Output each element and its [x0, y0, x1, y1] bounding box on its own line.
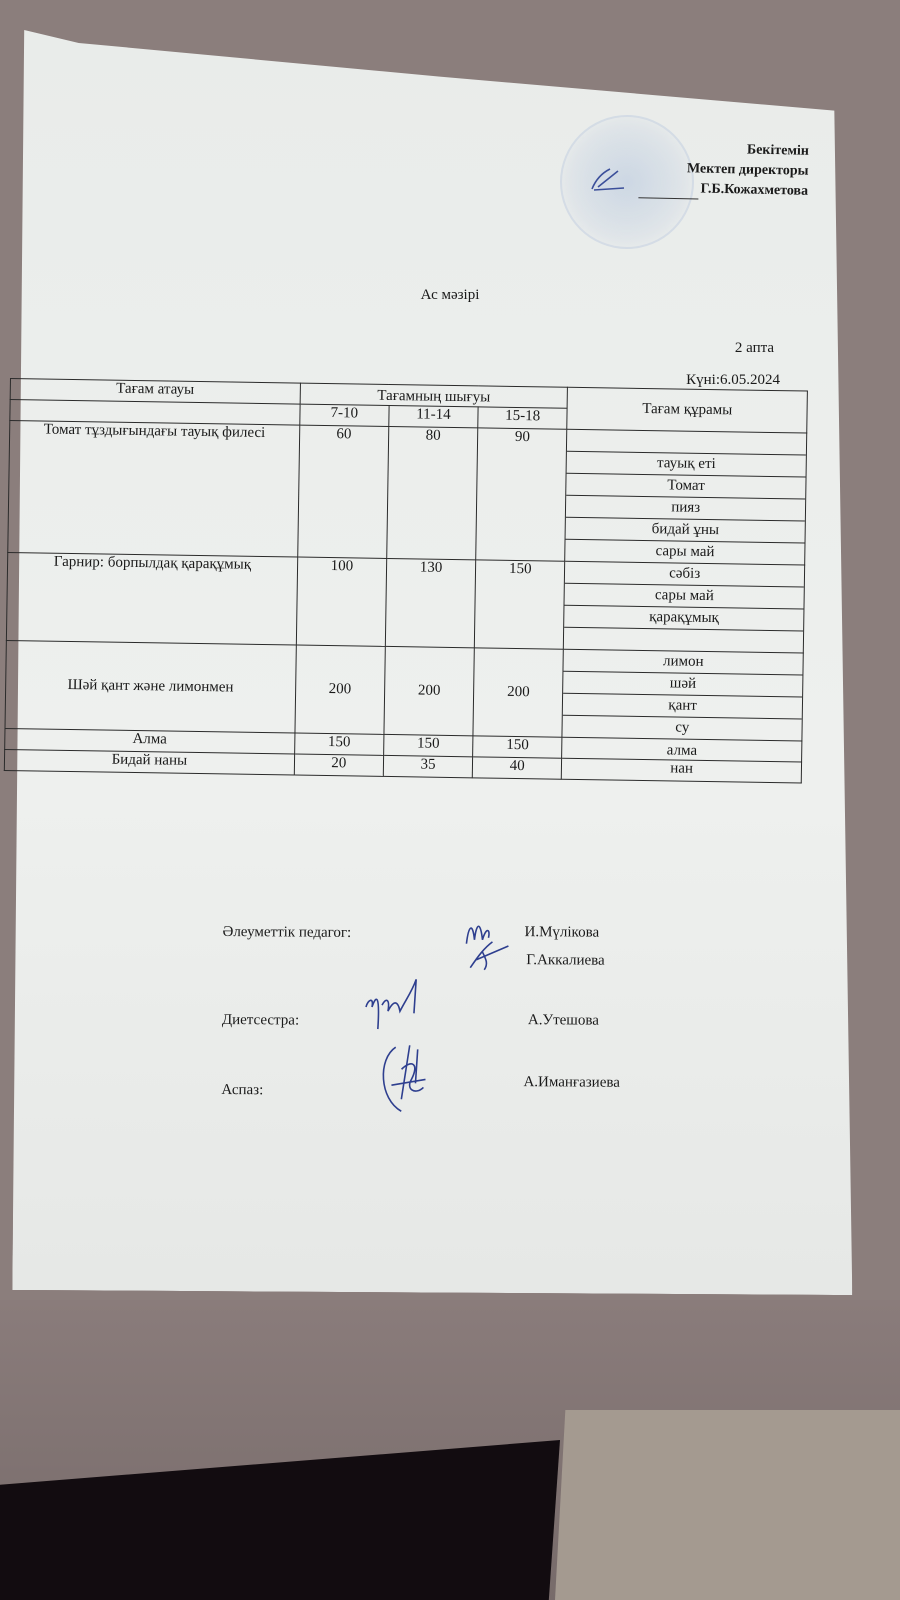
ingredient: нан	[562, 758, 802, 783]
table-row: Гарнир: борпылдақ қарақұмық 100 130 150 …	[6, 552, 804, 653]
header-age-15-18: 15-18	[478, 407, 568, 429]
person-name: И.Мүлікова	[524, 924, 599, 942]
person-name: Г.Аккалиева	[526, 952, 605, 970]
page-title: Ас мәзірі	[0, 287, 900, 304]
portion: 150	[474, 560, 565, 649]
portion: 150	[473, 736, 563, 758]
header-age-11-14: 11-14	[389, 405, 479, 427]
portion: 200	[473, 648, 564, 737]
portion: 20	[294, 754, 384, 776]
ingredients: лимон шәй қант су	[562, 649, 803, 741]
approval-block: Бекітемін Мектеп директоры Г.Б.Кожахмето…	[638, 138, 809, 202]
floor-background	[555, 1410, 900, 1600]
portion: 80	[387, 426, 478, 559]
director-name: Г.Б.Кожахметова	[700, 182, 808, 199]
table-row: Шәй қант және лимонмен 200 200 200 лимон…	[5, 640, 803, 741]
portion: 150	[294, 733, 384, 755]
portion: 40	[472, 757, 562, 779]
role-label: Диетсестра:	[222, 1012, 299, 1030]
dish-name: Шәй қант және лимонмен	[5, 640, 296, 733]
handwritten-signature-icon	[371, 1039, 442, 1119]
handwritten-signature-icon	[458, 916, 518, 976]
ingredients: тауық еті Томат пияз бидай ұны сары май	[565, 429, 807, 565]
week-label: 2 апта	[735, 340, 774, 357]
portion: 200	[384, 646, 475, 735]
portion: 200	[295, 645, 386, 734]
dish-name: Гарнир: борпылдақ қарақұмық	[6, 552, 297, 645]
director-signature-icon	[588, 165, 628, 195]
header-age-7-10: 7-10	[300, 404, 390, 426]
table-row: Томат тұздығындағы тауық филесі 60 80 90…	[8, 421, 807, 566]
portion: 60	[297, 425, 388, 558]
portion: 100	[296, 557, 387, 646]
dish-name: Бидай наны	[4, 749, 294, 775]
ingredient: су	[563, 716, 802, 741]
ingredient: сары май	[566, 540, 805, 565]
approval-line-3: Г.Б.Кожахметова	[638, 178, 808, 202]
role-label: Әлеуметтік педагог:	[222, 924, 351, 942]
dish-name: Томат тұздығындағы тауық филесі	[8, 421, 300, 558]
handwritten-signature-icon	[360, 977, 430, 1037]
person-name: А.Утешова	[528, 1012, 599, 1029]
ingredients: сәбіз сары май қарақұмық	[564, 561, 805, 653]
role-label: Аспаз:	[221, 1082, 263, 1099]
portion: 150	[384, 734, 474, 756]
menu-table: Тағам атауы Тағамның шығуы Тағам құрамы …	[4, 378, 808, 783]
portion: 130	[385, 558, 476, 647]
portion: 35	[383, 755, 473, 777]
date-label: Күні:6.05.2024	[686, 372, 780, 389]
header-composition: Тағам құрамы	[567, 387, 807, 433]
person-name: А.Иманғазиева	[523, 1074, 620, 1092]
ingredient	[564, 628, 803, 653]
portion: 90	[476, 428, 567, 561]
